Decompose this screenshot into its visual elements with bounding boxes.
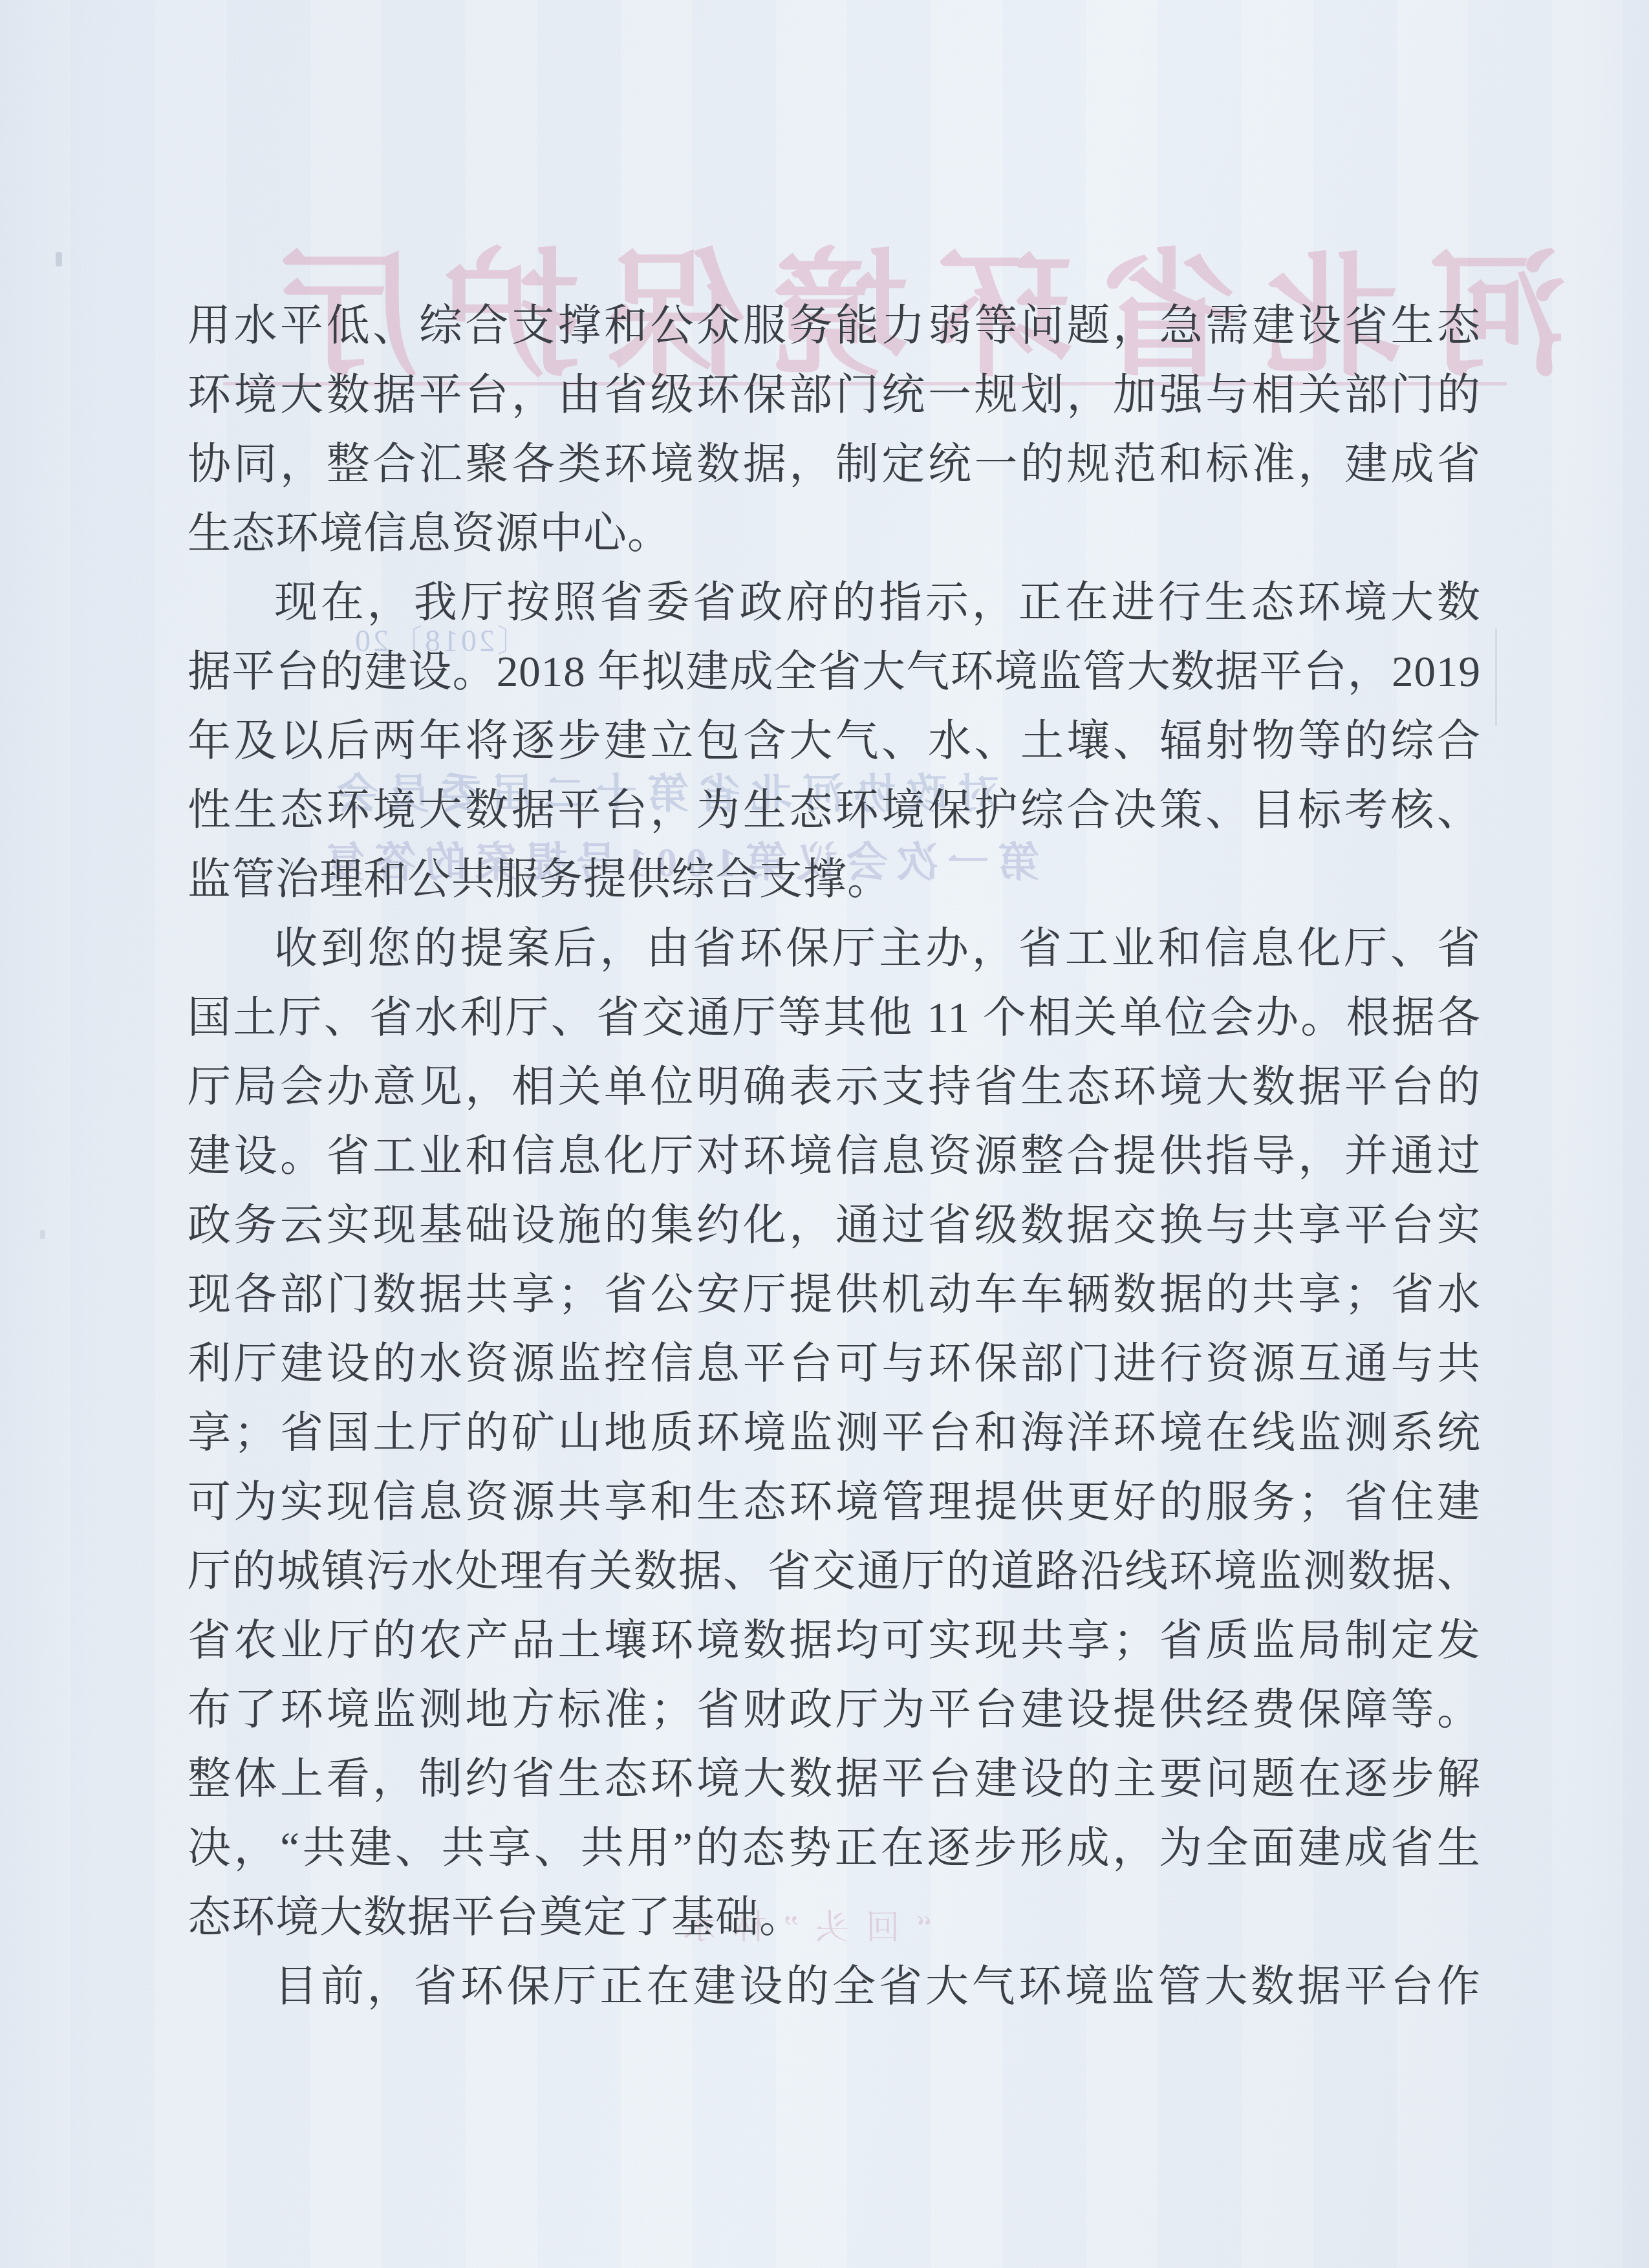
scan-artifact-line: [1495, 629, 1497, 726]
text-line: 利厅建设的水资源监控信息平台可与环保部门进行资源互通与共: [188, 1330, 1481, 1399]
text-line: 可为实现信息资源共享和生态环境管理提供更好的服务；省住建: [188, 1468, 1481, 1537]
text-line: 现各部门数据共享；省公安厅提供机动车车辆数据的共享；省水: [188, 1260, 1481, 1330]
text-line: 性生态环境大数据平台，为生态环境保护综合决策、目标考核、: [188, 776, 1481, 845]
text-line: 建设。省工业和信息化厅对环境信息资源整合提供指导，并通过: [188, 1122, 1481, 1191]
text-line: 厅局会办意见，相关单位明确表示支持省生态环境大数据平台的: [188, 1053, 1481, 1122]
text-line: 收到您的提案后，由省环保厅主办，省工业和信息化厅、省: [188, 914, 1481, 984]
scan-speck: [40, 1230, 45, 1239]
text-line: 目前，省环保厅正在建设的全省大气环境监管大数据平台作: [188, 1952, 1481, 2022]
text-line: 年及以后两年将逐步建立包含大气、水、土壤、辐射物等的综合: [188, 707, 1481, 776]
scanned-document-page: 河北省环境保护厅 〔2018〕20 对政协河北省第十二届委员会 第一次会议第10…: [0, 0, 1649, 2268]
text-line: 厅的城镇污水处理有关数据、省交通厅的道路沿线环境监测数据、: [188, 1537, 1481, 1606]
text-line: 布了环境监测地方标准；省财政厅为平台建设提供经费保障等。: [188, 1676, 1481, 1745]
text-line: 国土厅、省水利厅、省交通厅等其他 11 个相关单位会办。根据各: [188, 984, 1481, 1053]
text-line: 整体上看，制约省生态环境大数据平台建设的主要问题在逐步解: [188, 1745, 1481, 1814]
text-line: 用水平低、综合支撑和公众服务能力弱等问题，急需建设省生态: [188, 292, 1481, 361]
scan-speck: [56, 252, 62, 266]
text-line: 省农业厅的农产品土壤环境数据均可实现共享；省质监局制定发: [188, 1606, 1481, 1676]
text-line: 政务云实现基础设施的集约化，通过省级数据交换与共享平台实: [188, 1191, 1481, 1260]
text-line: 监管治理和公共服务提供综合支撑。: [188, 845, 1481, 914]
text-line: 决，“共建、共享、共用”的态势正在逐步形成，为全面建成省生: [188, 1814, 1481, 1883]
text-line: 协同，整合汇聚各类环境数据，制定统一的规范和标准，建成省: [188, 430, 1481, 499]
text-line: 态环境大数据平台奠定了基础。: [188, 1883, 1481, 1952]
text-line: 享；省国土厅的矿山地质环境监测平台和海洋环境在线监测系统: [188, 1399, 1481, 1468]
text-line: 生态环境信息资源中心。: [188, 499, 1481, 568]
body-text: 用水平低、综合支撑和公众服务能力弱等问题，急需建设省生态 环境大数据平台，由省级…: [188, 292, 1481, 2022]
text-line: 据平台的建设。2018 年拟建成全省大气环境监管大数据平台，2019: [188, 638, 1481, 707]
text-line: 现在，我厅按照省委省政府的指示，正在进行生态环境大数: [188, 568, 1481, 638]
text-line: 环境大数据平台，由省级环保部门统一规划，加强与相关部门的: [188, 361, 1481, 430]
